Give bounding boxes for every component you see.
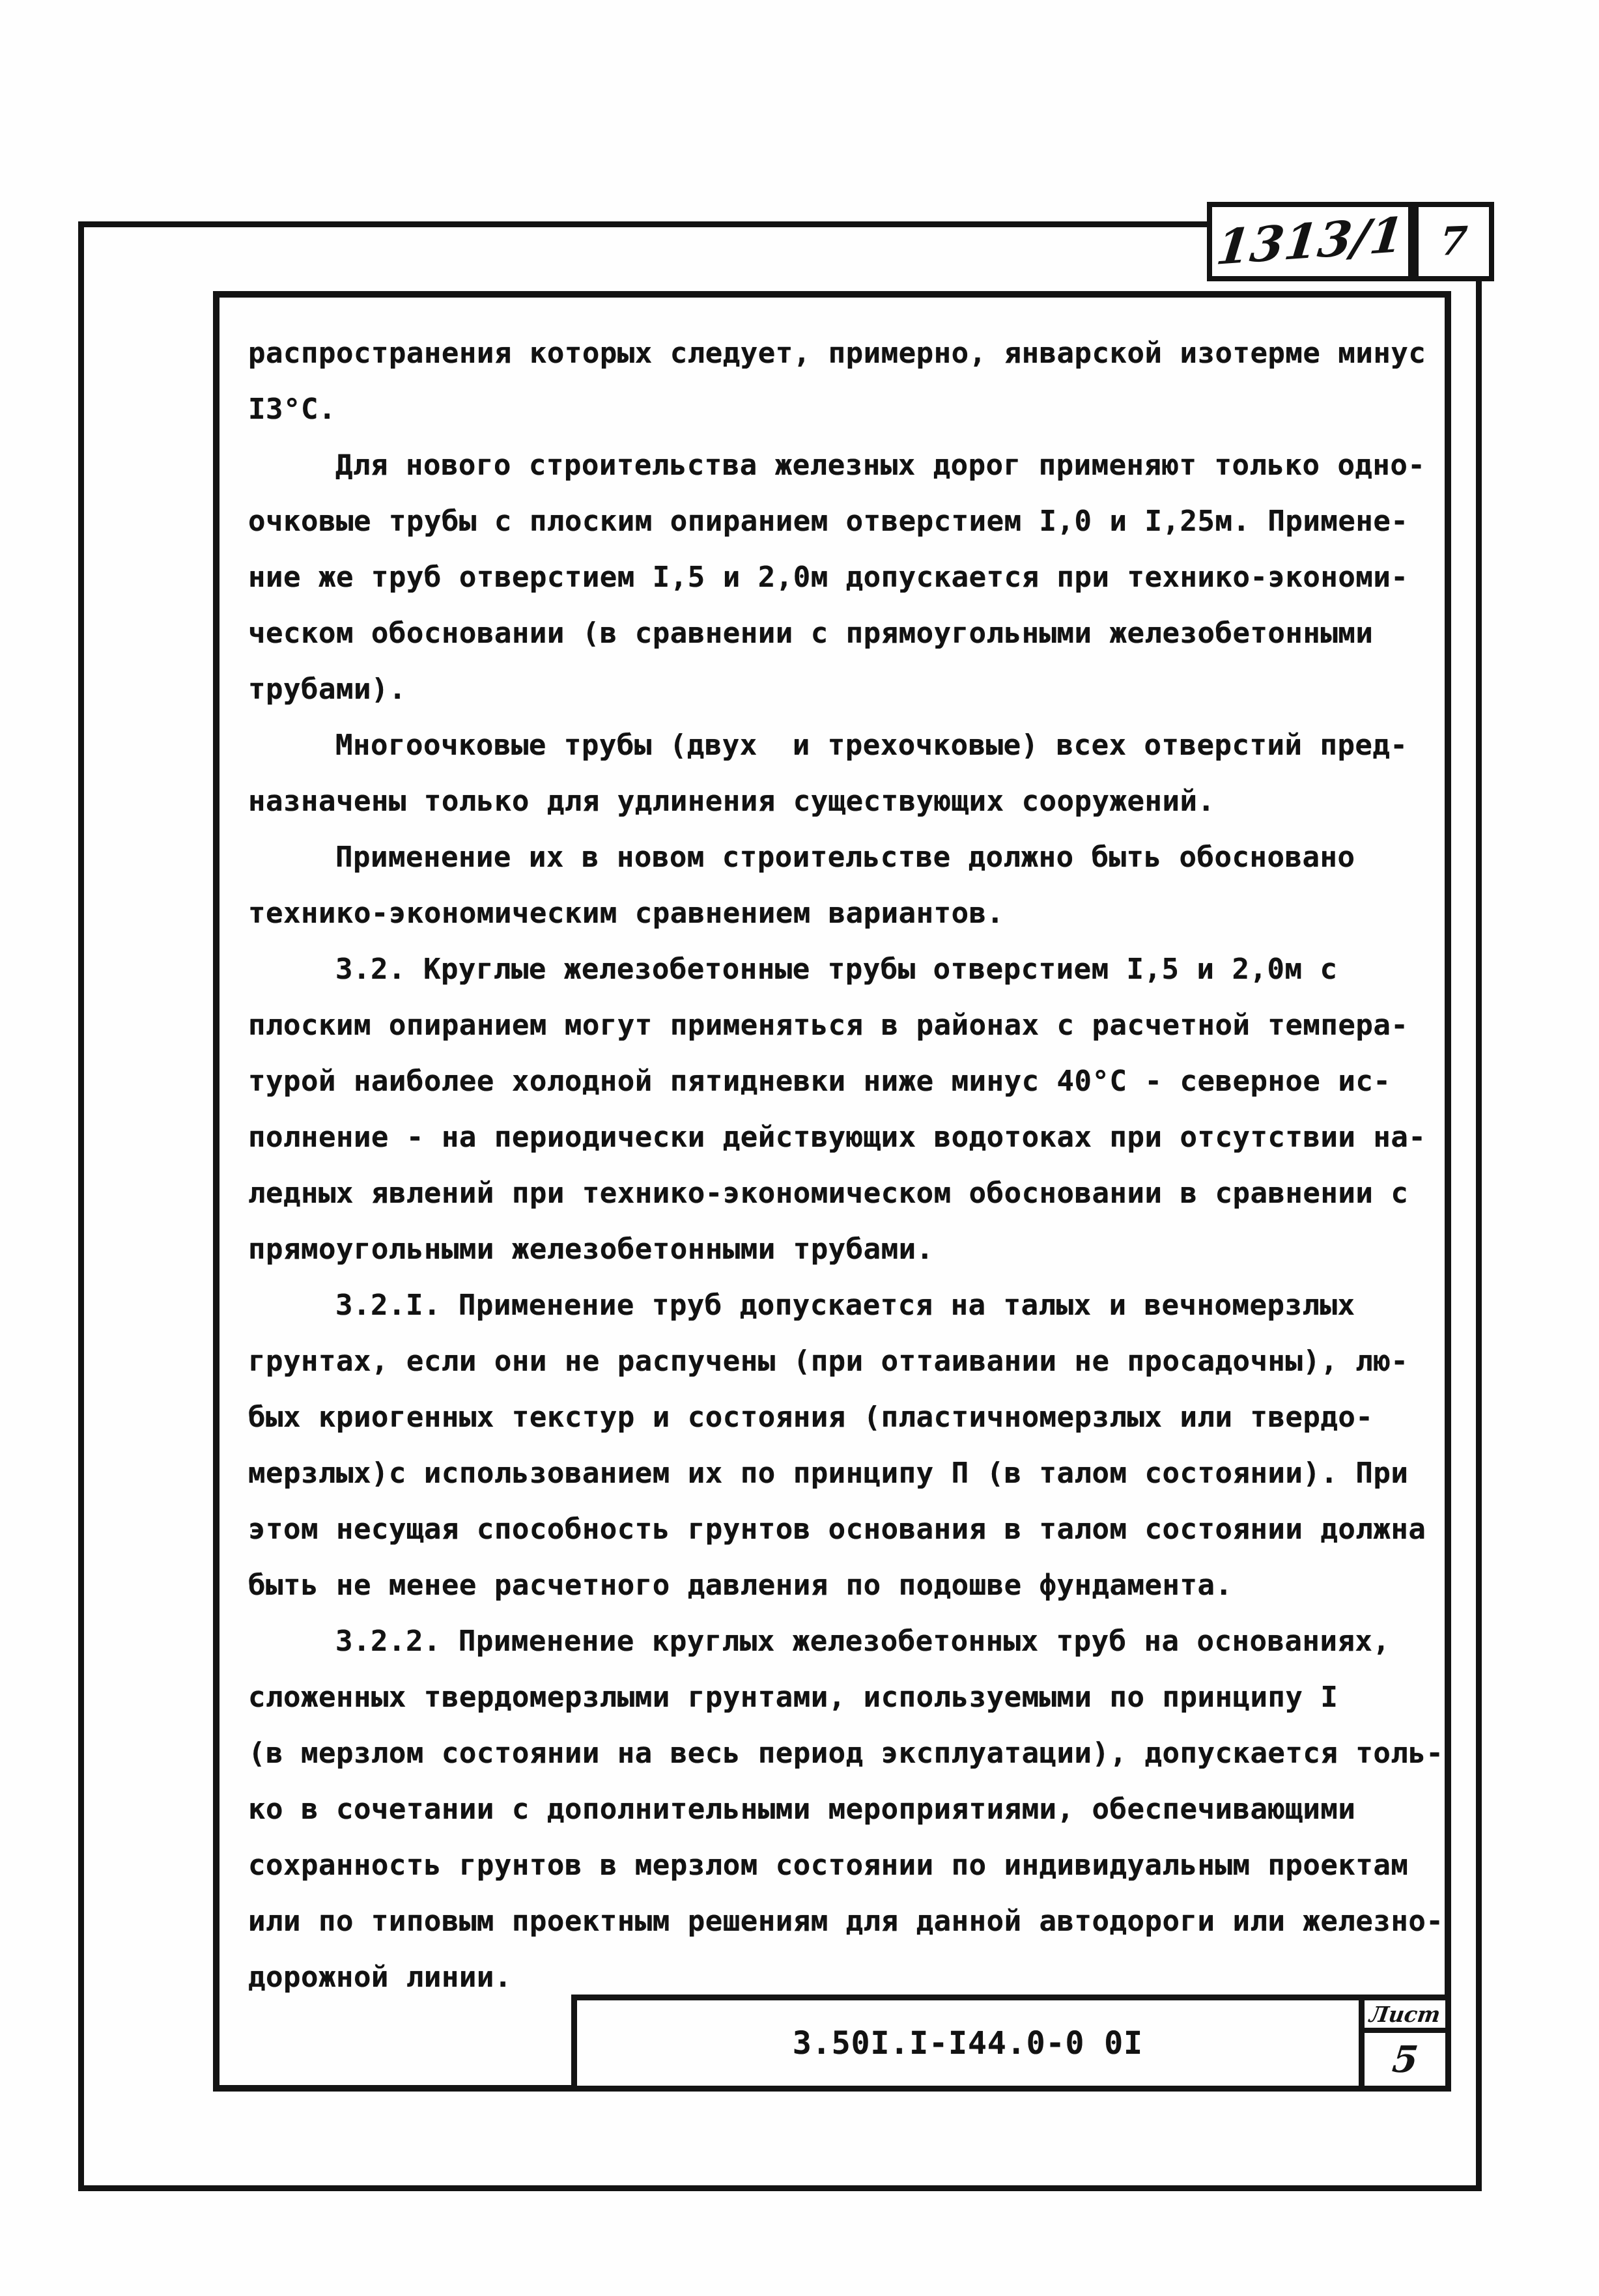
body-line: прямоугольными железобетонными трубами.: [248, 1222, 1450, 1278]
stamp-sheet-column: Лист 5: [1365, 2000, 1445, 2086]
scanned-document-page: 1313/1 7 распространения которых следует…: [0, 0, 1599, 2296]
body-line: грунтах, если они не распучены (при отта…: [248, 1334, 1450, 1390]
stamp-series-code: 3.50I.I-I44.0-0 0I: [793, 2025, 1143, 2062]
body-line: распространения которых следует, примерн…: [248, 326, 1450, 382]
body-line: сохранность грунтов в мерзлом состоянии …: [248, 1838, 1450, 1894]
body-line: бых криогенных текстур и состояния (плас…: [248, 1390, 1450, 1446]
body-line: 3.2.I. Применение труб допускается на та…: [248, 1278, 1450, 1334]
body-line: Для нового строительства железных дорог …: [248, 438, 1450, 494]
body-line: ледных явлений при технико-экономическом…: [248, 1166, 1450, 1222]
body-line: сложенных твердомерзлыми грунтами, испол…: [248, 1670, 1450, 1726]
body-line: 3.2. Круглые железобетонные трубы отверс…: [248, 942, 1450, 998]
page-number-box: 7: [1413, 202, 1494, 281]
body-line: плоским опиранием могут применяться в ра…: [248, 998, 1450, 1054]
body-line: I3°С.: [248, 382, 1450, 438]
body-line: очковые трубы с плоским опиранием отверс…: [248, 494, 1450, 550]
body-line: Многоочковые трубы (двух и трехочковые) …: [248, 718, 1450, 774]
stamp-sheet-number-cell: 5: [1365, 2033, 1445, 2086]
body-line: ко в сочетании с дополнительными меропри…: [248, 1782, 1450, 1838]
stamp-sheet-label-cell: Лист: [1365, 2000, 1445, 2033]
body-line: Применение их в новом строительстве долж…: [248, 830, 1450, 886]
body-text-block: распространения которых следует, примерн…: [248, 326, 1450, 2006]
stamp-sheet-number: 5: [1390, 2038, 1420, 2081]
body-line: назначены только для удлинения существую…: [248, 774, 1450, 830]
body-line: или по типовым проектным решениям для да…: [248, 1894, 1450, 1950]
body-line: технико-экономическим сравнением вариант…: [248, 886, 1450, 942]
body-line: ческом обосновании (в сравнении с прямоу…: [248, 606, 1450, 662]
title-block-stamp: 3.50I.I-I44.0-0 0I Лист 5: [571, 1995, 1451, 2092]
body-line: ние же труб отверстием I,5 и 2,0м допуск…: [248, 550, 1450, 606]
body-line: 3.2.2. Применение круглых железобетонных…: [248, 1614, 1450, 1670]
body-line: (в мерзлом состоянии на весь период эксп…: [248, 1726, 1450, 1782]
stamp-sheet-label: Лист: [1368, 2002, 1442, 2027]
doc-number-handwritten: 1313/1: [1213, 207, 1406, 276]
body-line: быть не менее расчетного давления по под…: [248, 1558, 1450, 1614]
body-line: полнение - на периодически действующих в…: [248, 1110, 1450, 1166]
page-number-handwritten: 7: [1439, 218, 1469, 264]
doc-number-box: 1313/1: [1207, 202, 1413, 281]
body-line: трубами).: [248, 662, 1450, 718]
stamp-main-cell: 3.50I.I-I44.0-0 0I: [577, 2000, 1365, 2086]
body-line: мерзлых)с использованием их по принципу …: [248, 1446, 1450, 1502]
body-line: этом несущая способность грунтов основан…: [248, 1502, 1450, 1558]
body-line: турой наиболее холодной пятидневки ниже …: [248, 1054, 1450, 1110]
